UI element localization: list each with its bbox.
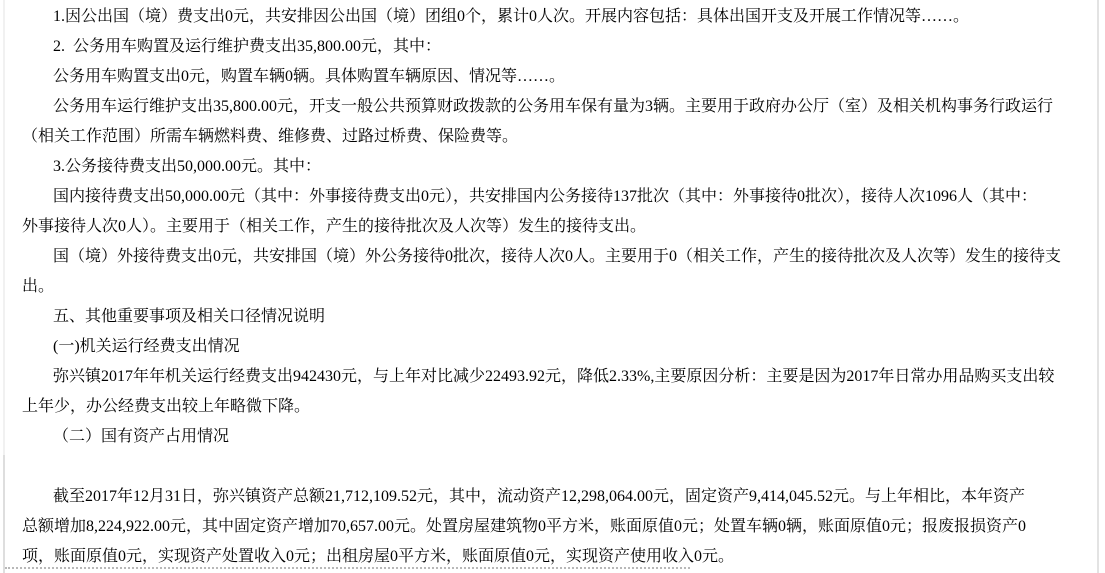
document-line: 公务用车运行维护支出35,800.00元，开支一般公共预算财政拨款的公务用车保有… [5,92,1095,122]
document-line: 上年少，办公经费支出较上年略微下降。 [5,392,1095,422]
document-line: （二）国有资产占用情况 [5,422,1095,452]
table-top-dotted-gridline [5,567,690,569]
left-rule-bottom-segment [3,455,5,573]
document-line: 截至2017年12月31日，弥兴镇资产总额21,712,109.52元，其中，流… [5,482,1095,512]
document-line: 五、其他重要事项及相关口径情况说明 [5,302,1095,332]
document-line [5,452,1095,482]
document-line: 3.公务接待费支出50,000.00元。其中： [5,152,1095,182]
document-line: 公务用车购置支出0元，购置车辆0辆。具体购置车辆原因、情况等……。 [5,62,1095,92]
document-page: 1.因公出国（境）费支出0元，共安排因公出国（境）团组0个，累计0人次。开展内容… [0,0,1105,573]
document-line: 弥兴镇2017年年机关运行经费支出942430元，与上年对比减少22493.92… [5,362,1095,392]
document-body: 1.因公出国（境）费支出0元，共安排因公出国（境）团组0个，累计0人次。开展内容… [5,2,1095,572]
document-line: 总额增加8,224,922.00元，其中固定资产增加70,657.00元。处置房… [5,512,1095,542]
document-line: 外事接待人次0人）。主要用于（相关工作，产生的接待批次及人次等）发生的接待支出。 [5,212,1095,242]
document-line: 2. 公务用车购置及运行维护费支出35,800.00元，其中： [5,32,1095,62]
document-line: 出。 [5,272,1095,302]
right-rule [1097,0,1099,573]
document-line: （相关工作范围）所需车辆燃料费、维修费、过路过桥费、保险费等。 [5,122,1095,152]
document-line: (一)机关运行经费支出情况 [5,332,1095,362]
document-line: 1.因公出国（境）费支出0元，共安排因公出国（境）团组0个，累计0人次。开展内容… [5,2,1095,32]
document-line: 国（境）外接待费支出0元，共安排国（境）外公务接待0批次，接待人次0人。主要用于… [5,242,1095,272]
document-line: 国内接待费支出50,000.00元（其中：外事接待费支出0元），共安排国内公务接… [5,182,1095,212]
